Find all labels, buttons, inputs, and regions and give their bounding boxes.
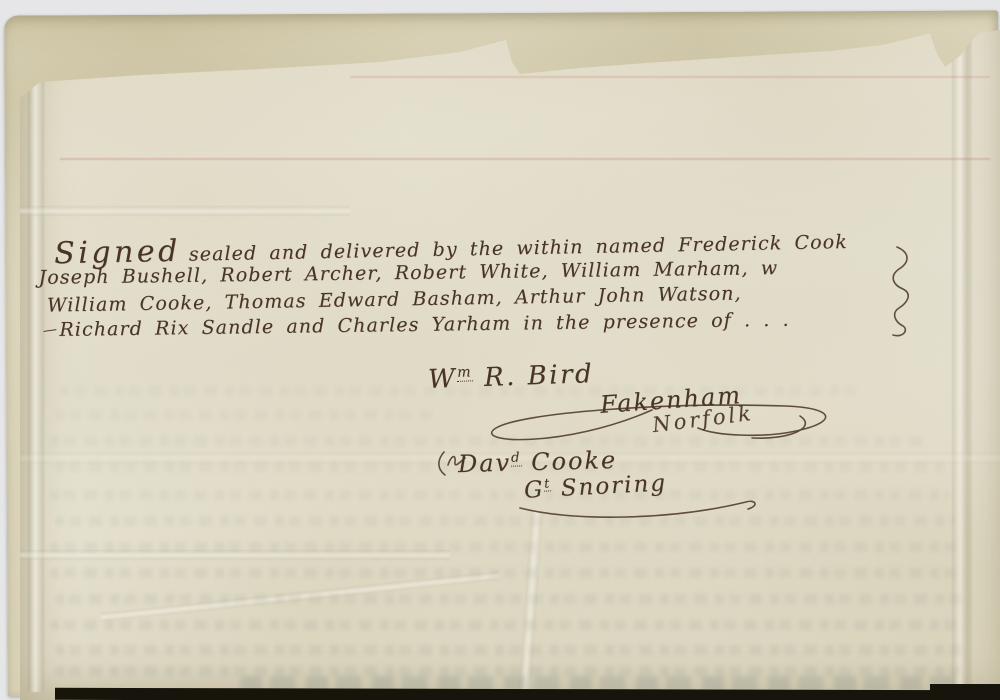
signature-place: G [523,477,545,504]
front-parchment-sheet [20,0,1000,700]
fold-crease-right [952,28,972,688]
bleed-through-band [50,542,960,552]
signature-superscript: d [511,450,522,466]
bleed-through-band [55,410,435,420]
signature-name: W [428,364,458,395]
bleed-through-band [50,436,930,446]
bleed-through-band [50,620,965,630]
signature-name: Cooke [521,446,617,476]
signature-name: R. Bird [473,359,595,393]
ruled-line-pink-lower [60,158,990,160]
bleed-through-band [55,594,970,604]
bleed-through-band [50,490,950,500]
bleed-through-band [55,666,960,676]
signature-name: Dav [458,449,512,478]
fold-crease-left [28,55,44,692]
document-scan: Signedsealed and delivered by the within… [0,0,1000,700]
attestation-clause: Signedsealed and delivered by the within… [38,226,945,344]
bleed-through-band [55,645,965,655]
scan-bottom-edge-corner [930,684,1000,700]
crease-horizontal-upper [20,206,350,216]
signature-superscript: m [457,365,474,383]
bleed-through-band [50,568,965,578]
signature-wm-r-bird: Wm R. Bird [428,359,595,395]
ruled-line-pink-upper [350,76,990,78]
bleed-through-band [55,516,955,526]
scan-bottom-edge [55,688,1000,700]
